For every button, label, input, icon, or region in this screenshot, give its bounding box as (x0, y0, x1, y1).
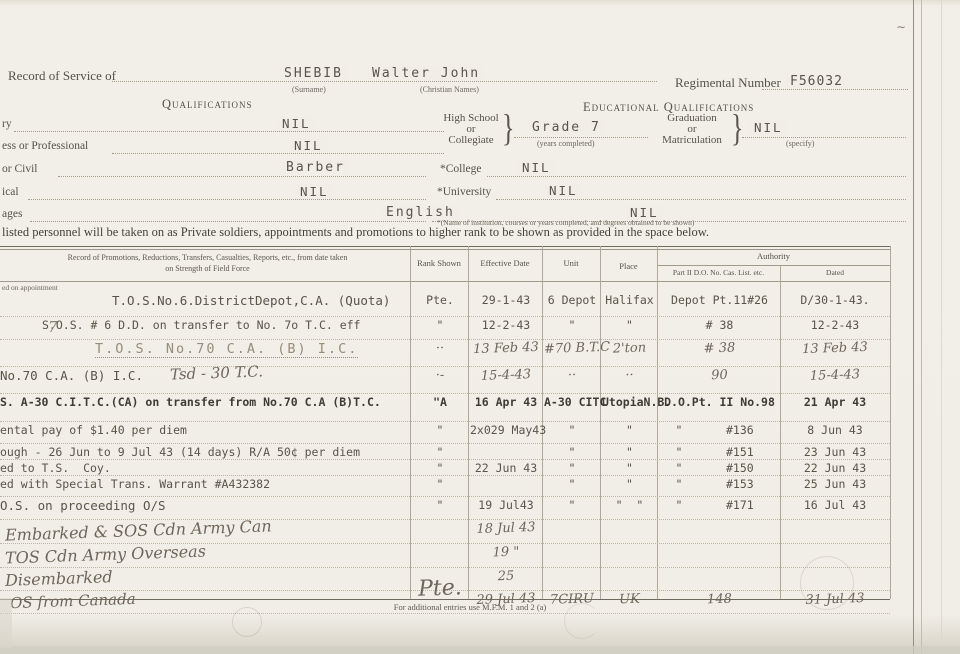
top-right-pen-mark: ∼ (896, 20, 906, 34)
table-row: T.O.S. No.70 C.A. (B) I.C.··13 Feb 43#70… (0, 340, 890, 367)
stray-pen-mark: 7 (48, 318, 58, 336)
table-row: Embarked & SOS Cdn Army Can18 Jul 43 (0, 520, 890, 544)
cell-rank: Pte. (412, 576, 469, 602)
cell-description: OS from Canada (10, 591, 136, 612)
cell-effective-date: 19 Jul43 (470, 499, 542, 512)
cell-place: 2'ton (602, 341, 657, 357)
christian-names-caption: (Christian Names) (420, 85, 479, 94)
cell-dated: 16 Jul 43 (782, 499, 888, 512)
cell-authority-number: #153 (726, 478, 778, 491)
cell-description: ough - 26 Jun to 9 Jul 43 (14 days) R/A … (0, 446, 360, 459)
authority-header: Authority (657, 251, 890, 261)
date-header: Effective Date (468, 258, 542, 268)
cell-authority: # 38 (659, 319, 780, 332)
authority-sub2-header: Dated (780, 268, 890, 277)
stamp-circle-center (564, 603, 600, 639)
cell-place: " (602, 319, 657, 332)
table-row: O.S. on proceeding O/S"19 Jul43"" ""#171… (0, 497, 890, 520)
university-value: NIL (545, 183, 582, 198)
cell-authority-number: #171 (726, 499, 778, 512)
graduation-leader (742, 136, 906, 138)
cell-description: T.O.S.No.6.DistrictDepot,C.A. (Quota) (112, 294, 390, 308)
christian-names-value: Walter John (368, 66, 484, 81)
cell-place: UtopiaN.B. (602, 396, 657, 409)
college-leader (487, 175, 906, 177)
table-row: S. A-30 C.I.T.C.(CA) on transfer from No… (0, 394, 890, 422)
table-row: ough - 26 Jun to 9 Jul 43 (14 days) R/A … (0, 444, 890, 460)
qual-value-1: NIL (278, 116, 315, 131)
table-row: T.O.S.No.6.DistrictDepot,C.A. (Quota)Pte… (0, 292, 890, 317)
graduation-brace: } (731, 107, 743, 151)
cell-description-handwritten: Tsd - 30 T.C. (170, 363, 263, 383)
cell-unit: " (544, 424, 600, 437)
cell-effective-date: 16 Apr 43 (470, 396, 542, 409)
table-row: TOS Cdn Army Overseas19 " (0, 544, 890, 568)
cell-place: " (602, 462, 657, 475)
cell-dated: 8 Jun 43 (782, 424, 888, 437)
table-top-rule-2 (0, 249, 890, 250)
qual-leader-4 (28, 198, 426, 200)
authority-sub-rule (657, 265, 890, 266)
cell-unit: " (544, 499, 600, 512)
cell-authority: " (659, 462, 699, 475)
rank-header: Rank Shown (410, 258, 468, 268)
cell-dated: 15-4-43 (782, 367, 888, 385)
college-label: *College (440, 163, 482, 175)
cell-authority-number: #150 (726, 462, 778, 475)
high-school-leader (514, 136, 648, 138)
qual-value-4: NIL (296, 184, 333, 199)
graduation-caption: (specify) (786, 139, 814, 148)
cell-place: " " (602, 499, 657, 512)
table-row: ental pay of $1.40 per diem"2x029 May43"… (0, 422, 890, 444)
cell-authority: D.O.Pt. II No.98 (659, 396, 780, 409)
unit-header: Unit (542, 258, 600, 268)
cell-description: Disembarked (5, 568, 113, 589)
cell-authority: Depot Pt.11#26 (659, 294, 780, 307)
cell-rank: " (412, 462, 468, 475)
cell-unit: #70 B.T.C (544, 341, 600, 357)
cell-unit: " (544, 478, 600, 491)
high-school-label: High School or Collegiate (440, 113, 502, 146)
cell-description: S. A-30 C.I.T.C.(CA) on transfer from No… (0, 396, 381, 409)
cell-authority: # 38 (659, 340, 780, 359)
high-school-value: Grade 7 (528, 120, 605, 135)
cell-description: ental pay of $1.40 per diem (0, 424, 187, 437)
cell-effective-date: 15-4-43 (470, 368, 542, 385)
table-body: T.O.S.No.6.DistrictDepot,C.A. (Quota)Pte… (0, 292, 890, 614)
qual-leader-5 (30, 220, 426, 222)
qual-label-1: ry (2, 118, 12, 130)
surname-caption: (Surname) (292, 85, 326, 94)
surname-value: SHEBIB (280, 66, 347, 81)
cell-place: Halifax (602, 294, 657, 307)
cell-authority: 148 (659, 591, 780, 610)
qual-label-3: or Civil (2, 163, 37, 175)
record-of-service-label: Record of Service of (8, 68, 116, 84)
cell-rank: " (412, 424, 468, 437)
notice-text: listed personnel will be taken on as Pri… (2, 225, 882, 240)
graduation-value: NIL (750, 120, 787, 135)
college-value: NIL (518, 160, 555, 175)
cell-description: T.O.S. No.70 C.A. (B) I.C. (95, 342, 358, 358)
cell-authority: 90 (659, 367, 780, 386)
cell-dated: 22 Jun 43 (782, 462, 888, 475)
cell-unit: " (544, 319, 600, 332)
qual-leader-1 (14, 130, 444, 132)
cell-rank: " (412, 499, 468, 512)
university-leader (496, 198, 906, 200)
cell-dated: 21 Apr 43 (782, 396, 888, 409)
cell-place: " (602, 424, 657, 437)
graduation-label: Graduation or Matriculation (652, 113, 732, 146)
cell-place: " (602, 446, 657, 459)
regimental-number-value: F56032 (786, 74, 847, 89)
bottom-scan-edge (0, 646, 960, 654)
cell-effective-date: 13 Feb 43 (470, 341, 542, 358)
cell-description: O.S. on proceeding O/S (0, 499, 166, 513)
cell-rank: " (412, 478, 468, 491)
cell-unit: " (544, 446, 600, 459)
regimental-number-label: Regimental Number (675, 75, 781, 91)
cell-place: ·· (602, 368, 657, 384)
cell-authority-number: #136 (726, 424, 778, 437)
cell-description: ed to T.S. Coy. (0, 462, 111, 475)
cell-authority: " (659, 478, 699, 491)
cell-effective-date: 18 Jul 43 (470, 521, 542, 538)
cell-authority: " (659, 499, 699, 512)
cell-effective-date: 19 " (470, 545, 542, 562)
cell-unit: " (544, 462, 600, 475)
table-header-rule (0, 281, 890, 282)
cell-rank: ·· (412, 341, 468, 357)
table-row: ed with Special Trans. Warrant #A432382"… (0, 476, 890, 497)
cell-description: No.70 C.A. (B) I.C. (0, 369, 143, 383)
qual-leader-3 (58, 175, 426, 177)
appointment-sub-label: ed on appointment (2, 283, 58, 292)
cell-place: " (602, 478, 657, 491)
cell-rank: ·- (412, 368, 468, 384)
cell-unit: A-30 CITC (544, 396, 600, 409)
high-school-brace: } (502, 107, 514, 151)
cell-effective-date: 25 (470, 569, 542, 586)
cell-rank: " (412, 319, 468, 332)
cell-rank: " (412, 446, 468, 459)
cell-authority-number: #151 (726, 446, 778, 459)
col1-header: Record of Promotions, Reductions, Transf… (20, 253, 395, 275)
qualifications-heading: Qualifications (162, 97, 253, 112)
qual-value-2: NIL (290, 138, 327, 153)
page-edge-line-2 (921, 0, 922, 654)
cell-rank: "A (412, 396, 468, 409)
bottom-left-scan-corner (0, 598, 12, 648)
cell-authority: " (659, 446, 699, 459)
page-edge-line-3 (941, 0, 942, 654)
qual-label-4: ical (2, 186, 19, 198)
qual-leader-2 (112, 152, 444, 154)
stamp-circle-right (800, 556, 854, 610)
high-school-caption: (years completed) (537, 139, 595, 148)
cell-dated: D/30-1-43. (782, 294, 888, 307)
cell-authority: " (659, 424, 699, 437)
qual-label-2: ess or Professional (2, 140, 88, 152)
cell-dated: 25 Jun 43 (782, 478, 888, 491)
university-label: *University (437, 186, 491, 198)
table-row: S.O.S. # 6 D.D. on transfer to No. 7o T.… (0, 317, 890, 340)
table-right-border (890, 246, 891, 599)
qual-value-3: Barber (282, 160, 349, 175)
cell-description: Embarked & SOS Cdn Army Can (5, 517, 272, 544)
cell-effective-date: 29-1-43 (470, 294, 542, 307)
cell-dated: 23 Jun 43 (782, 446, 888, 459)
cell-dated: 13 Feb 43 (782, 340, 888, 358)
cell-description: S.O.S. # 6 D.D. on transfer to No. 7o T.… (42, 319, 361, 332)
table-row: ed to T.S. Coy."22 Jun 43"""#15022 Jun 4… (0, 460, 890, 476)
cell-dated: 12-2-43 (782, 319, 888, 332)
stamp-circle-left (232, 607, 262, 637)
cell-effective-date: 22 Jun 43 (470, 462, 542, 475)
table-top-rule-1 (0, 246, 890, 247)
place-header: Place (600, 261, 657, 271)
authority-sub1-header: Part II D.O. No. Cas. List. etc. (657, 268, 780, 277)
cell-description: TOS Cdn Army Overseas (5, 542, 206, 567)
page-edge-line-1 (913, 0, 914, 654)
scanned-service-record: Record of Service of SHEBIB Walter John … (0, 0, 960, 654)
table-row: No.70 C.A. (B) I.C.Tsd - 30 T.C.·-15-4-4… (0, 367, 890, 394)
cell-effective-date: 12-2-43 (470, 319, 542, 332)
cell-effective-date: 2x029 May43 (470, 424, 542, 437)
cell-rank: Pte. (412, 294, 468, 307)
qual-label-5: ages (2, 208, 22, 220)
cell-unit: 6 Depot (544, 294, 600, 307)
cell-description: ed with Special Trans. Warrant #A432382 (0, 478, 270, 491)
cell-unit: ·· (544, 368, 600, 384)
